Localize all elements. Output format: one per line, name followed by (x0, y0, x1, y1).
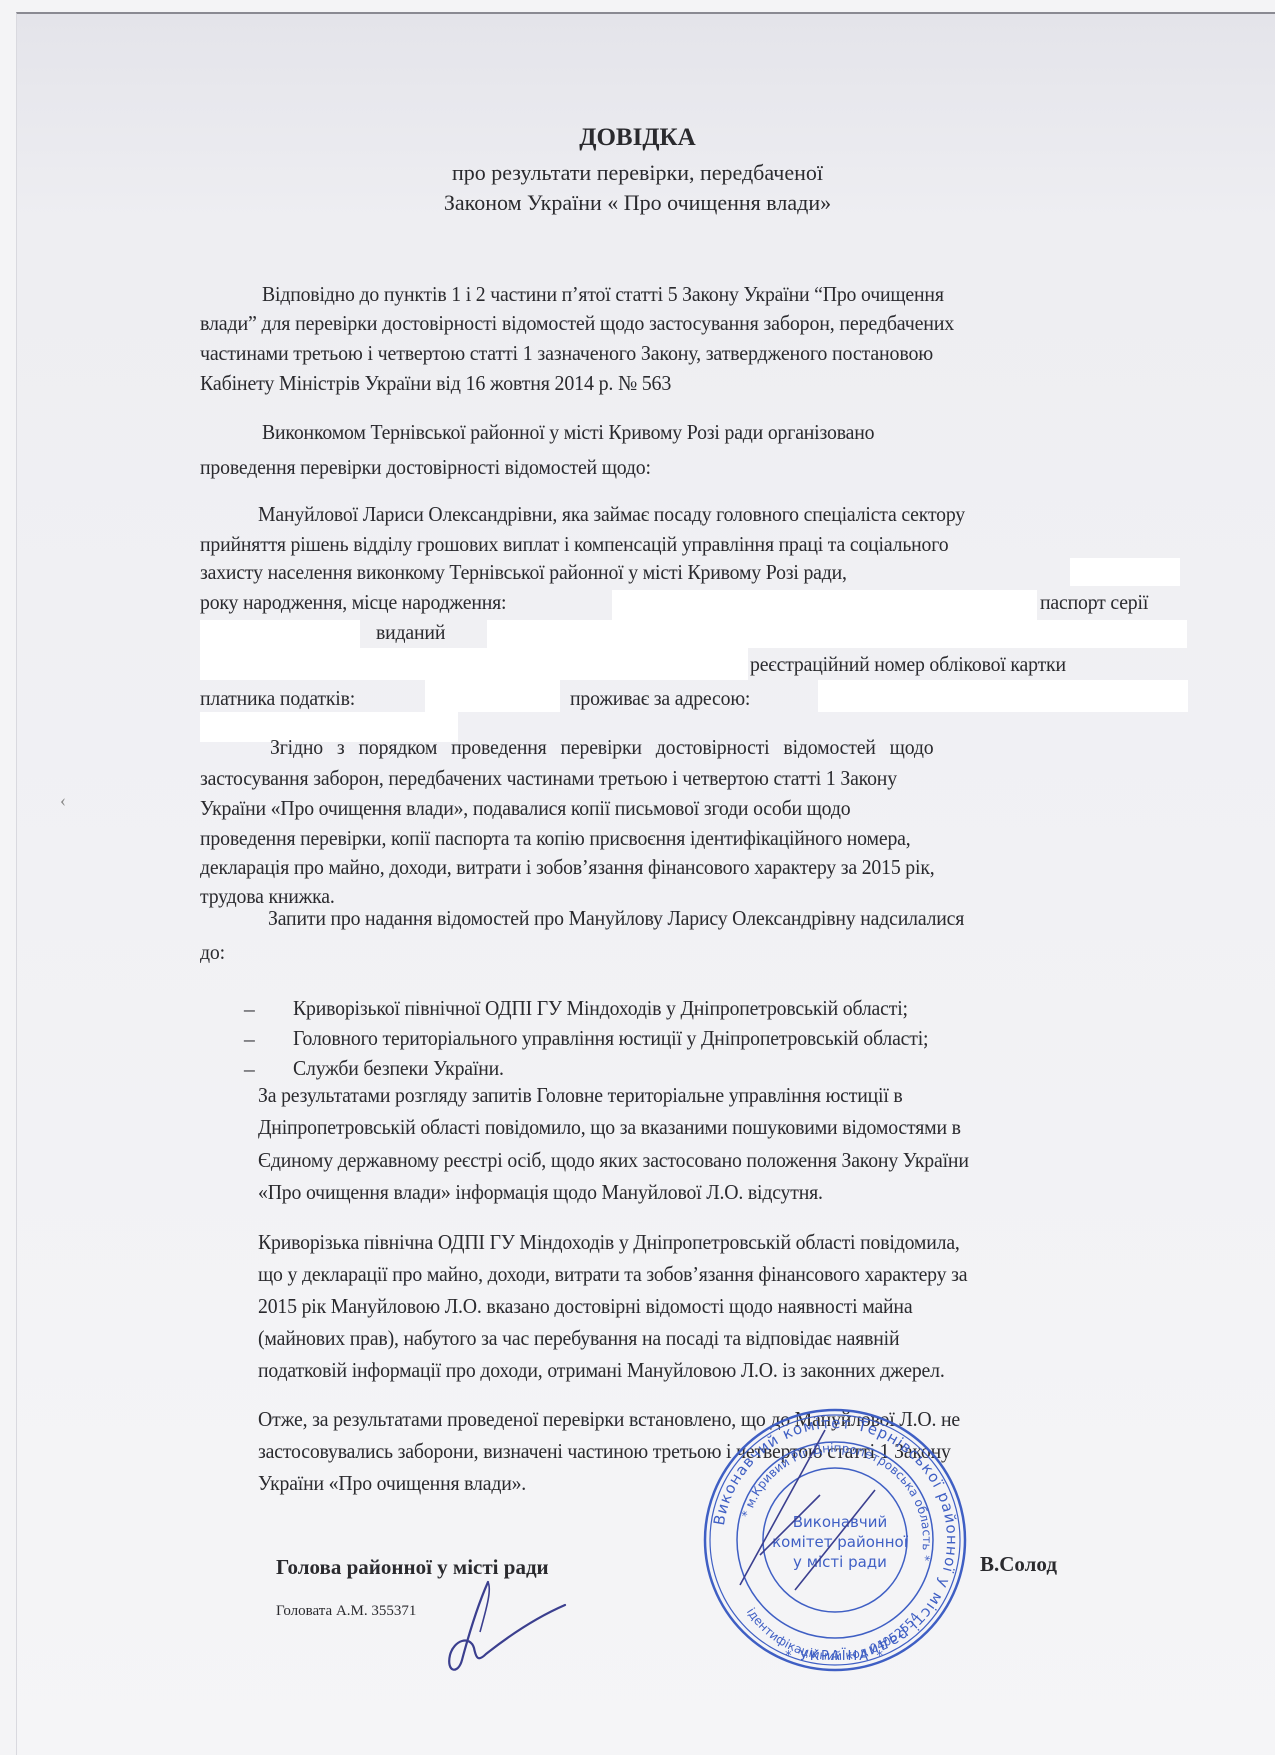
paragraph-line: застосування заборон, передбачених части… (200, 766, 897, 791)
paragraph-line: Запити про надання відомостей про Мануйл… (268, 906, 964, 931)
signer-name: В.Солод (980, 1552, 1057, 1577)
document-subtitle-line-1: про результати перевірки, передбаченої (0, 160, 1275, 186)
paragraph-line: частинами третьою і четвертою статті 1 з… (200, 341, 933, 366)
paragraph-line: Відповідно до пунктів 1 і 2 частини п’ят… (262, 282, 1079, 307)
paragraph-line: України «Про очищення влади», подавалися… (200, 796, 850, 821)
paragraph-line: до: (200, 940, 225, 965)
redacted-passport-issuer-cont (200, 648, 748, 680)
paragraph-line: Виконкомом Тернівської районної у місті … (262, 420, 874, 445)
recipient-item: Головного територіального управління юст… (293, 1026, 928, 1051)
paragraph-line: Єдиному державному реєстрі осіб, щодо як… (258, 1148, 969, 1173)
tax-number-label: реєстраційний номер облікової картки (750, 652, 1066, 677)
redacted-passport-issuer (487, 620, 1187, 648)
document-title: ДОВІДКА (0, 124, 1275, 152)
paragraph-line: Дніпропетровській області повідомило, що… (258, 1115, 961, 1140)
redacted-birth-date (1070, 558, 1180, 586)
paragraph-line: Згідно з порядком проведення перевірки д… (270, 735, 1185, 760)
paragraph-line: (майнових прав), набутого за час перебув… (258, 1326, 899, 1351)
paragraph-line: влади” для перевірки достовірності відом… (200, 311, 954, 336)
recipient-item: Служби безпеки України. (293, 1056, 504, 1081)
paragraph-line: Кабінету Міністрів України від 16 жовтня… (200, 371, 671, 396)
paragraph-line: проведення перевірки, копії паспорта та … (200, 826, 911, 851)
address-label: проживає за адресою: (570, 686, 750, 711)
tax-payer-label: платника податків: (200, 686, 355, 711)
recipient-item: Криворізької північної ОДПІ ГУ Міндоході… (293, 996, 908, 1021)
paragraph-line: податковій інформації про доходи, отрима… (258, 1358, 945, 1383)
executor-contact: Головата А.М. 355371 (276, 1603, 416, 1620)
document-subtitle-line-2: Законом України « Про очищення влади» (0, 190, 1275, 216)
bullet-dash: – (244, 1027, 255, 1052)
paragraph-line: За результатами розгляду запитів Головне… (258, 1083, 903, 1108)
paragraph-line: декларація про майно, доходи, витрати і … (200, 855, 935, 880)
scan-mark: ‹ (60, 790, 66, 811)
stamp-center-line-1: Виконавчий (793, 1513, 887, 1531)
stamp-country-text: * УКРАЇНА * (785, 1648, 885, 1664)
paragraph-line: проведення перевірки достовірності відом… (200, 455, 651, 480)
redacted-passport-series (200, 620, 360, 648)
official-stamp-icon: Виконавчий комітет Тернівської районної … (700, 1405, 970, 1675)
signer-position: Голова районної у місті ради (276, 1555, 549, 1580)
paragraph-line: Криворізька північна ОДПІ ГУ Міндоходів … (258, 1230, 960, 1255)
passport-issued-label: виданий (376, 620, 445, 645)
stamp-center-line-3: у місті ради (793, 1553, 887, 1571)
paragraph-line: захисту населення виконкому Тернівської … (200, 560, 847, 585)
redacted-address (818, 680, 1188, 712)
stamp-center-line-2: комітет районної (772, 1533, 909, 1551)
paragraph-line: прийняття рішень відділу грошових виплат… (200, 532, 948, 557)
handwritten-signature-icon (440, 1580, 580, 1680)
paragraph-line: «Про очищення влади» інформація щодо Ман… (258, 1180, 823, 1205)
bullet-dash: – (244, 1057, 255, 1082)
redacted-tax-number (425, 680, 560, 712)
paragraph-line: року народження, місце народження: (200, 590, 506, 615)
text: Згідно з порядком проведення перевірки д… (270, 735, 933, 760)
paragraph-line: що у декларації про майно, доходи, витра… (258, 1262, 967, 1287)
bullet-dash: – (244, 997, 255, 1022)
paragraph-line: Мануйлової Лариси Олександрівни, яка зай… (258, 502, 965, 527)
paragraph-line: України «Про очищення влади». (258, 1471, 526, 1496)
redacted-birth-place (612, 590, 1037, 620)
passport-series-label: паспорт серії (1040, 590, 1148, 615)
paragraph-line: 2015 рік Мануйловою Л.О. вказано достові… (258, 1294, 912, 1319)
